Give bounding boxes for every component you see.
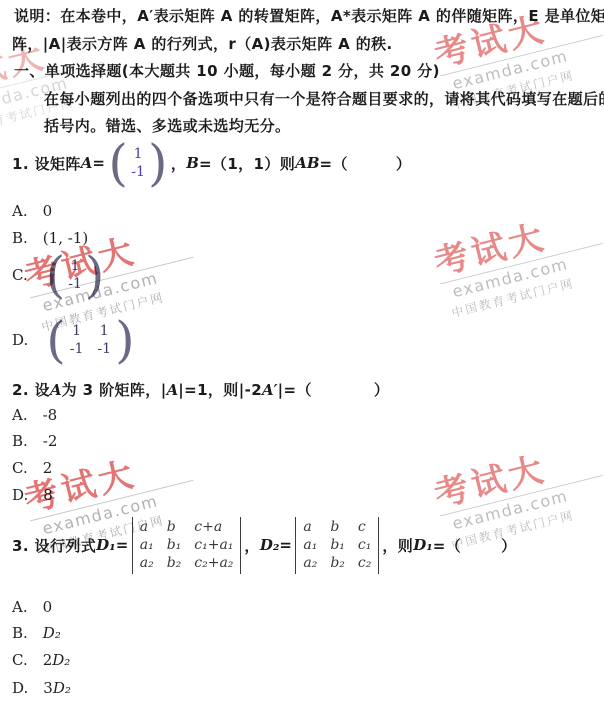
option-label: D.: [12, 331, 28, 349]
matrix-cell: -1: [70, 341, 84, 358]
question-3: 3. 设行列式 D₁ = a b c+a a₁ b₁ c₁+a₁ a₂ b₂ c…: [12, 512, 517, 578]
option-label: C.: [12, 266, 28, 284]
header-line-2: 阵，|A|表示方阵 A 的行列式，r（A)表示矩阵 A 的秩.: [12, 35, 393, 54]
option-value: 0: [43, 598, 53, 616]
matrix-cell: 1: [100, 323, 109, 340]
option-value: 2: [43, 459, 53, 477]
examda-logo: 考试大: [431, 439, 603, 514]
q3-text: 3. 设行列式: [12, 535, 96, 556]
det-cell: b₂: [330, 556, 345, 571]
det-cell: c+a: [194, 520, 233, 535]
q2-text: ）: [374, 379, 389, 400]
examda-domain: examda.com: [440, 34, 604, 95]
watermark-examda: 考试大 examda.com 中国教育考试门户网: [431, 207, 604, 322]
option-label: D.: [12, 486, 28, 504]
option-label: B.: [12, 624, 28, 642]
det-cell: a₂: [140, 556, 154, 571]
paren-right-icon: ): [148, 144, 168, 183]
q1-text: ，: [171, 153, 186, 174]
det-cell: c₁: [358, 538, 371, 553]
q3-determinant-1: a b c+a a₁ b₁ c₁+a₁ a₂ b₂ c₂+a₂: [132, 517, 242, 574]
option-value: -8: [43, 406, 58, 424]
option-value: (1, -1): [43, 229, 88, 247]
matrix-cell: -1: [68, 276, 82, 293]
q3-var-d2: D₂: [260, 536, 280, 554]
option-value: 3: [43, 679, 53, 697]
det-cell: a₁: [303, 538, 317, 553]
paren-left-icon: (: [46, 256, 66, 295]
det-cell: c₂+a₂: [194, 556, 233, 571]
option-q1-b: B. (1, -1): [12, 229, 88, 247]
det-cell: a₁: [140, 538, 154, 553]
q3-text: =（: [433, 535, 461, 556]
option-q3-d: D. 3 D₂: [12, 679, 71, 697]
q1-var-ab: AB: [295, 154, 319, 172]
q1-text: 1. 设矩阵: [12, 153, 81, 174]
det-cell: b: [330, 520, 345, 535]
option-label: A.: [12, 598, 28, 616]
option-value: -2: [43, 432, 58, 450]
q3-text: ，则: [382, 535, 413, 556]
q3-eq: =: [279, 536, 292, 554]
q3-var-d1: D₁: [96, 536, 116, 554]
det-cell: b: [167, 520, 182, 535]
matrix-cell: 1: [72, 323, 81, 340]
q2-var-a-transpose: A′: [262, 381, 278, 399]
option-q1-a: A. 0: [12, 202, 52, 220]
option-value: D₂: [53, 679, 71, 697]
option-label: B.: [12, 229, 28, 247]
option-value: 8: [43, 486, 53, 504]
option-value: D₂: [43, 624, 61, 642]
det-cell: b₁: [167, 538, 182, 553]
option-label: C.: [12, 459, 28, 477]
q3-determinant-2: a b c a₁ b₁ c₁ a₂ b₂ c₂: [295, 517, 379, 574]
option-q1-c: C. ( 1 -1 ): [12, 253, 107, 297]
option-matrix: ( 1 1 -1 -1 ): [46, 321, 134, 360]
q2-text: |=（: [278, 379, 312, 400]
q1-text: =（1，1）则: [199, 153, 295, 174]
q2-var-a: A: [167, 381, 179, 399]
det-cell: a: [140, 520, 154, 535]
option-value: 2: [43, 651, 53, 669]
det-cell: a₂: [303, 556, 317, 571]
instruction-line-1: 在每小题列出的四个备选项中只有一个是符合题目要求的，请将其代码填写在题后的: [44, 90, 604, 109]
examda-site-name: 中国教育考试门户网: [446, 265, 604, 322]
det-cell: c₂: [358, 556, 371, 571]
question-2: 2. 设 A 为 3 阶矩阵，| A |=1，则|-2 A′ |=（ ）: [12, 379, 389, 400]
option-q1-d: D. ( 1 1 -1 -1 ): [12, 318, 138, 362]
q3-text: ）: [501, 535, 516, 556]
question-1: 1. 设矩阵 A = ( 1 -1 ) ， B =（1，1）则 AB =（ ）: [12, 140, 411, 186]
det-cell: a: [303, 520, 317, 535]
exam-page: 说明：在本卷中，A′表示矩阵 A 的转置矩阵，A*表示矩阵 A 的伴随矩阵，E …: [0, 0, 604, 701]
option-matrix: ( 1 -1 ): [46, 256, 105, 295]
option-label: B.: [12, 432, 28, 450]
option-q2-a: A. -8: [12, 406, 57, 424]
q1-eq: =: [92, 154, 105, 172]
option-q2-d: D. 8: [12, 486, 53, 504]
section-title: 一、单项选择题(本大题共 10 小题，每小题 2 分，共 20 分): [14, 62, 440, 81]
q2-text: 2. 设: [12, 379, 50, 400]
q3-var-d1: D₁: [413, 536, 433, 554]
q1-var-a: A: [81, 154, 93, 172]
examda-logo: 考试大: [431, 207, 603, 282]
q2-text: |=1，则|-2: [178, 379, 262, 400]
option-q3-c: C. 2 D₂: [12, 651, 70, 669]
option-label: C.: [12, 651, 28, 669]
det-cell: c: [358, 520, 371, 535]
q1-text: =（: [320, 153, 348, 174]
option-label: A.: [12, 202, 28, 220]
option-q2-b: B. -2: [12, 432, 57, 450]
q1-matrix-a: ( 1 -1 ): [108, 144, 167, 183]
q3-eq: =: [116, 536, 129, 554]
paren-right-icon: ): [85, 256, 105, 295]
q1-text: ）: [396, 153, 411, 174]
q2-text: 为 3 阶矩阵，|: [62, 379, 167, 400]
paren-right-icon: ): [115, 321, 135, 360]
matrix-cell: -1: [97, 341, 111, 358]
option-value: D₂: [52, 651, 70, 669]
det-cell: b₁: [330, 538, 345, 553]
paren-left-icon: (: [46, 321, 66, 360]
option-label: A.: [12, 406, 28, 424]
examda-domain: examda.com: [440, 242, 604, 303]
q3-text: ，: [244, 535, 259, 556]
option-value: 0: [43, 202, 53, 220]
det-cell: c₁+a₁: [194, 538, 233, 553]
q1-var-b: B: [186, 154, 199, 172]
examda-logo: 考试大: [21, 444, 193, 519]
option-q2-c: C. 2: [12, 459, 52, 477]
matrix-cell: 1: [71, 258, 80, 275]
option-q3-b: B. D₂: [12, 624, 61, 642]
paren-left-icon: (: [108, 144, 128, 183]
option-label: D.: [12, 679, 28, 697]
matrix-cell: -1: [131, 164, 145, 181]
option-q3-a: A. 0: [12, 598, 52, 616]
det-cell: b₂: [167, 556, 182, 571]
matrix-cell: 1: [134, 146, 143, 163]
header-line-1: 说明：在本卷中，A′表示矩阵 A 的转置矩阵，A*表示矩阵 A 的伴随矩阵，E …: [14, 7, 604, 26]
q2-var-a: A: [50, 381, 62, 399]
